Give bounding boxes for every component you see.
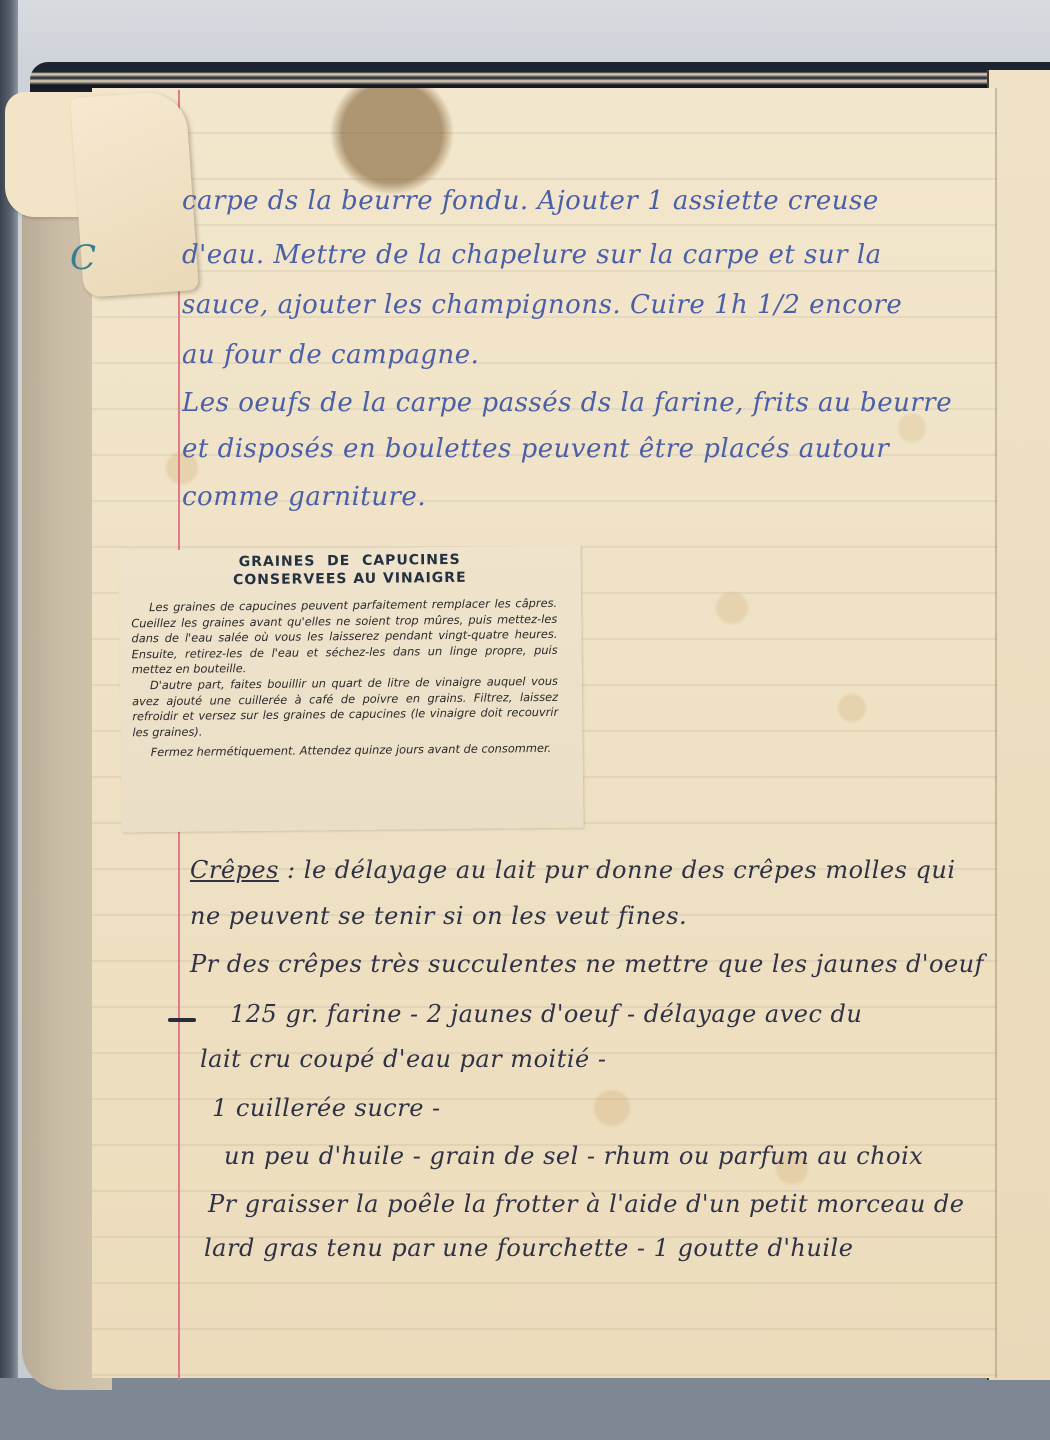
handwritten-line: ne peuvent se tenir si on les veut fines… bbox=[190, 902, 687, 930]
handwritten-line: lard gras tenu par une fourchette - 1 go… bbox=[204, 1234, 853, 1262]
clipping-paragraph: Fermez hermétiquement. Attendez quinze j… bbox=[133, 741, 559, 761]
handwritten-line: 125 gr. farine - 2 jaunes d'oeuf - délay… bbox=[230, 1000, 862, 1028]
clipping-body: Les graines de capucines peuvent parfait… bbox=[131, 596, 559, 761]
margin-dash-mark bbox=[168, 1018, 196, 1022]
handwritten-line: 1 cuillerée sucre - bbox=[212, 1094, 441, 1122]
handwritten-line: Les oeufs de la carpe passés ds la farin… bbox=[182, 388, 952, 418]
clipping-paragraph: D'autre part, faites bouillir un quart d… bbox=[132, 674, 559, 741]
handwritten-line: et disposés en boulettes peuvent être pl… bbox=[182, 434, 889, 464]
crepes-first-line: : le délayage au lait pur donne des crêp… bbox=[279, 856, 956, 884]
handwritten-line: Pr des crêpes très succulentes ne mettre… bbox=[190, 950, 984, 978]
handwritten-line: sauce, ajouter les champignons. Cuire 1h… bbox=[182, 290, 902, 320]
clipping-title-line-2: CONSERVEES AU VINAIGRE bbox=[119, 568, 581, 591]
crepes-title: Crêpes bbox=[190, 856, 279, 884]
handwritten-line: au four de campagne. bbox=[182, 340, 479, 370]
clipping-title: GRAINES DE CAPUCINES CONSERVEES AU VINAI… bbox=[119, 550, 581, 591]
scanner-bottom-edge bbox=[0, 1378, 1050, 1440]
handwritten-line: un peu d'huile - grain de sel - rhum ou … bbox=[224, 1142, 923, 1170]
handwritten-line: Pr graisser la poêle la frotter à l'aide… bbox=[208, 1190, 965, 1218]
handwritten-line: Crêpes : le délayage au lait pur donne d… bbox=[190, 856, 956, 884]
folded-index-tab bbox=[5, 92, 190, 297]
index-tab-letter: C bbox=[70, 238, 96, 278]
handwritten-line: d'eau. Mettre de la chapelure sur la car… bbox=[182, 240, 882, 270]
handwritten-line: lait cru coupé d'eau par moitié - bbox=[200, 1045, 606, 1073]
clipping-paragraph: Les graines de capucines peuvent parfait… bbox=[131, 596, 558, 678]
handwritten-line: carpe ds la beurre fondu. Ajouter 1 assi… bbox=[182, 186, 879, 216]
handwritten-line: comme garniture. bbox=[182, 482, 426, 512]
newspaper-clipping: GRAINES DE CAPUCINES CONSERVEES AU VINAI… bbox=[119, 546, 584, 833]
